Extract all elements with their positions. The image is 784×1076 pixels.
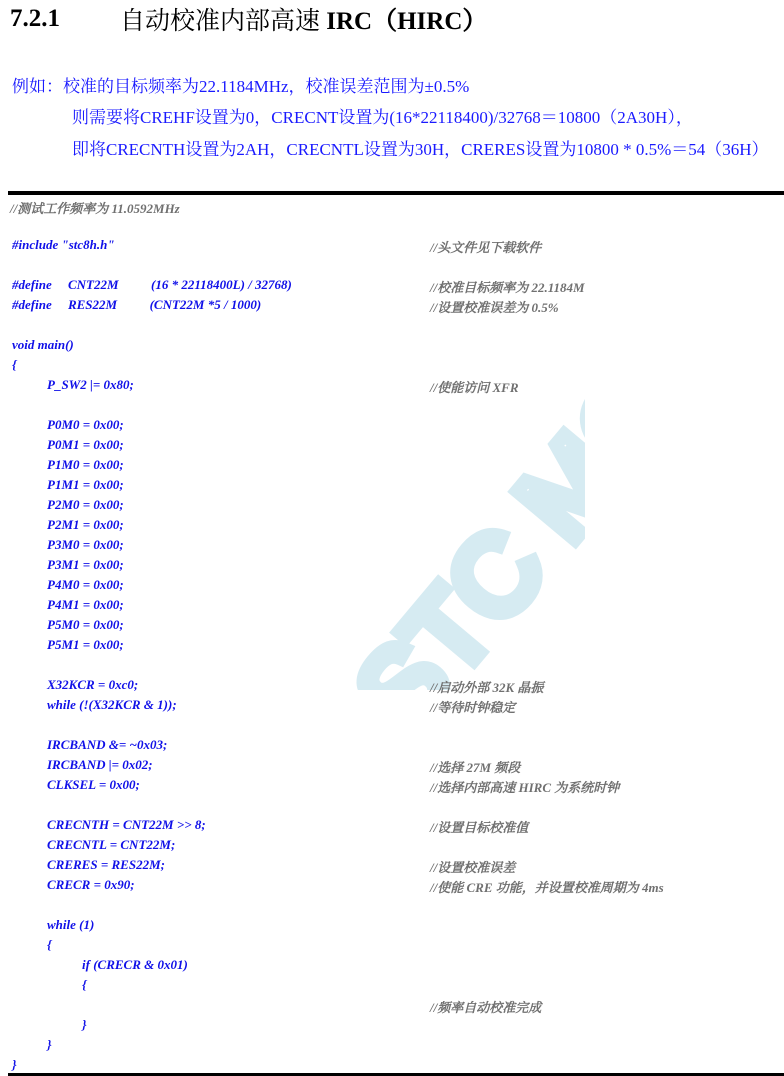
code-line: P0M0 = 0x00; xyxy=(47,417,124,433)
code-comment: //头文件见下载软件 xyxy=(430,237,541,256)
code-comment: //设置目标校准值 xyxy=(430,817,528,836)
code-line: { xyxy=(47,937,52,953)
code-line: { xyxy=(82,977,87,993)
code-line: P1M0 = 0x00; xyxy=(47,457,124,473)
code-line: #define CNT22M (16 * 22118400L) / 32768) xyxy=(12,277,292,293)
code-line: IRCBAND |= 0x02; xyxy=(47,757,153,773)
stc-mcu-watermark: STC MCU xyxy=(225,390,585,690)
code-line: #define RES22M (CNT22M *5 / 1000) xyxy=(12,297,261,313)
code-line: } xyxy=(12,1057,17,1073)
code-comment: //设置校准误差为 0.5% xyxy=(430,297,559,316)
intro-line: 则需要将CREHF设置为0，CRECNT设置为(16*22118400)/327… xyxy=(72,103,693,128)
code-line: P3M0 = 0x00; xyxy=(47,537,124,553)
code-comment-header: //测试工作频率为 11.0592MHz xyxy=(10,198,180,217)
code-comment: //启动外部 32K 晶振 xyxy=(430,677,543,696)
section-title: 自动校准内部高速 IRC（HIRC） xyxy=(120,1,487,37)
code-line: CRECNTH = CNT22M >> 8; xyxy=(47,817,206,833)
code-line: P2M1 = 0x00; xyxy=(47,517,124,533)
code-line: P5M1 = 0x00; xyxy=(47,637,124,653)
svg-text:STC MCU: STC MCU xyxy=(332,390,585,690)
code-line: P4M0 = 0x00; xyxy=(47,577,124,593)
code-comment: //频率自动校准完成 xyxy=(430,997,541,1016)
code-line: CRECR = 0x90; xyxy=(47,877,135,893)
section-title-en: IRC（HIRC） xyxy=(326,8,487,35)
code-block-top-rule xyxy=(8,191,784,195)
code-line: P3M1 = 0x00; xyxy=(47,557,124,573)
code-comment: //选择 27M 频段 xyxy=(430,757,520,776)
code-line: P5M0 = 0x00; xyxy=(47,617,124,633)
code-comment: //使能访问 XFR xyxy=(430,377,519,396)
code-comment: //设置校准误差 xyxy=(430,857,515,876)
code-line: } xyxy=(82,1017,87,1033)
code-line: P0M1 = 0x00; xyxy=(47,437,124,453)
code-line: P1M1 = 0x00; xyxy=(47,477,124,493)
code-comment: //等待时钟稳定 xyxy=(430,697,515,716)
code-line: } xyxy=(47,1037,52,1053)
section-number: 7.2.1 xyxy=(10,5,120,33)
code-line: while (!(X32KCR & 1)); xyxy=(47,697,177,713)
code-comment: //选择内部高速 HIRC 为系统时钟 xyxy=(430,777,619,796)
code-comment: //使能 CRE 功能，并设置校准周期为 4ms xyxy=(430,877,664,896)
section-title-cn: 自动校准内部高速 xyxy=(120,8,326,35)
intro-line: 例如：校准的目标频率为22.1184MHz，校准误差范围为±0.5% xyxy=(12,72,469,97)
code-line: while (1) xyxy=(47,917,94,933)
code-line: P_SW2 |= 0x80; xyxy=(47,377,134,393)
section-heading: 7.2.1 自动校准内部高速 IRC（HIRC） xyxy=(10,2,487,36)
code-line: P2M0 = 0x00; xyxy=(47,497,124,513)
code-line: CRERES = RES22M; xyxy=(47,857,165,873)
code-line: if (CRECR & 0x01) xyxy=(82,957,188,973)
code-line: IRCBAND &= ~0x03; xyxy=(47,737,167,753)
code-line: P4M1 = 0x00; xyxy=(47,597,124,613)
code-line: X32KCR = 0xc0; xyxy=(47,677,138,693)
code-comment: //校准目标频率为 22.1184M xyxy=(430,277,585,296)
intro-line: 即将CRECNTH设置为2AH，CRECNTL设置为30H，CRERES设置为1… xyxy=(72,135,769,160)
code-line: CRECNTL = CNT22M; xyxy=(47,837,175,853)
code-line: CLKSEL = 0x00; xyxy=(47,777,140,793)
code-line: #include "stc8h.h" xyxy=(12,237,115,253)
code-line: { xyxy=(12,357,17,373)
code-line: void main() xyxy=(12,337,74,353)
